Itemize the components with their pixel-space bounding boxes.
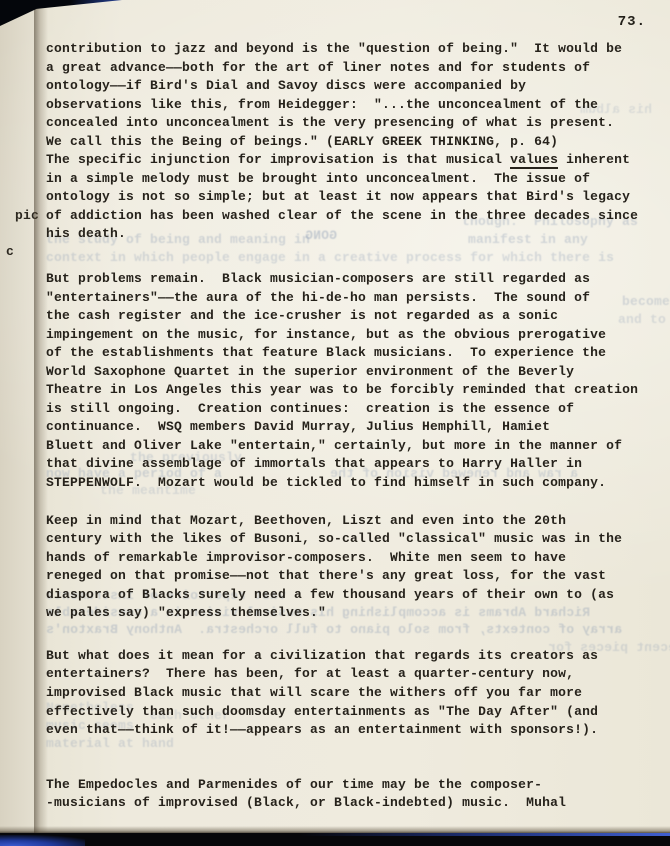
text-line: "entertainers"——the aura of the hi-de-ho… <box>46 289 662 308</box>
text-line: reneged on that promise——not that there'… <box>46 567 662 586</box>
text-line: contribution to jazz and beyond is the "… <box>46 40 662 59</box>
paragraph-classical: Keep in mind that Mozart, Beethoven, Lis… <box>46 512 662 623</box>
paragraph-lines: contribution to jazz and beyond is the "… <box>46 40 662 151</box>
text-line: his death. <box>46 225 662 244</box>
text-line: The Empedocles and Parmenides of our tim… <box>46 776 662 795</box>
underline-pre-text: The specific injunction for improvisatio… <box>46 152 510 167</box>
text-line: But what does it mean for a civilization… <box>46 647 662 666</box>
text-line: of the establishments that feature Black… <box>46 344 662 363</box>
text-line: of addiction has been washed clear of th… <box>46 207 662 226</box>
text-line: hands of remarkable improvisor-composers… <box>46 549 662 568</box>
text-line: STEPPENWOLF. Mozart would be tickled to … <box>46 474 662 493</box>
text-line: ontology is not so simple; but at least … <box>46 188 662 207</box>
text-line: effectively than such doomsday entertain… <box>46 703 662 722</box>
text-line: Theatre in Los Angeles this year was to … <box>46 381 662 400</box>
text-line: continuance. WSQ members David Murray, J… <box>46 418 662 437</box>
book-scan: his albumthough. Philosophy asthe study … <box>0 0 670 846</box>
text-line: in a simple melody must be brought into … <box>46 170 662 189</box>
facing-page-edge: pic c <box>0 0 36 846</box>
book-cover-bottom-edge <box>0 833 670 846</box>
text-line: improvised Black music that will scare t… <box>46 684 662 703</box>
paragraph-lines: in a simple melody must be brought into … <box>46 170 662 244</box>
text-line: that divine assemblage of immortals that… <box>46 455 662 474</box>
text-line: Keep in mind that Mozart, Beethoven, Lis… <box>46 512 662 531</box>
text-line: entertainers? There has been, for at lea… <box>46 665 662 684</box>
text-line: is still ongoing. Creation continues: cr… <box>46 400 662 419</box>
text-line-underlined: The specific injunction for improvisatio… <box>46 151 662 170</box>
book-gutter-shadow <box>34 0 48 846</box>
paragraph-civilization: But what does it mean for a civilization… <box>46 647 662 740</box>
text-line: a great advance——both for the art of lin… <box>46 59 662 78</box>
underlined-word: values <box>510 152 558 169</box>
text-line: we pales say) "express themselves." <box>46 604 662 623</box>
cover-blue-corner <box>0 835 85 846</box>
text-line: concealed into unconcealment is the very… <box>46 114 662 133</box>
text-line: diaspora of Blacks surely need a few tho… <box>46 586 662 605</box>
text-line: even that——think of it!——appears as an e… <box>46 721 662 740</box>
paragraph-ontology: contribution to jazz and beyond is the "… <box>46 40 662 244</box>
text-line: We call this the Being of beings." (EARL… <box>46 133 662 152</box>
cover-blue-sheen <box>300 833 670 836</box>
underline-post-text: inherent <box>558 152 630 167</box>
page-content: contribution to jazz and beyond is the "… <box>46 0 662 813</box>
page-surface: his albumthough. Philosophy asthe study … <box>0 0 670 846</box>
text-line: impingement on the music, for instance, … <box>46 326 662 345</box>
text-line: Bluett and Oliver Lake "entertain," cert… <box>46 437 662 456</box>
text-line: -musicians of improvised (Black, or Blac… <box>46 794 662 813</box>
text-line: observations like this, from Heidegger: … <box>46 96 662 115</box>
text-line: World Saxophone Quartet in the superior … <box>46 363 662 382</box>
paragraph-empedocles: The Empedocles and Parmenides of our tim… <box>46 776 662 813</box>
text-line: But problems remain. Black musician-comp… <box>46 270 662 289</box>
text-line: ontology——if Bird's Dial and Savoy discs… <box>46 77 662 96</box>
text-line: the cash register and the ice-crusher is… <box>46 307 662 326</box>
facing-page-text-fragment: c <box>6 244 14 259</box>
text-line: century with the likes of Busoni, so-cal… <box>46 530 662 549</box>
paragraph-entertainers: But problems remain. Black musician-comp… <box>46 270 662 493</box>
